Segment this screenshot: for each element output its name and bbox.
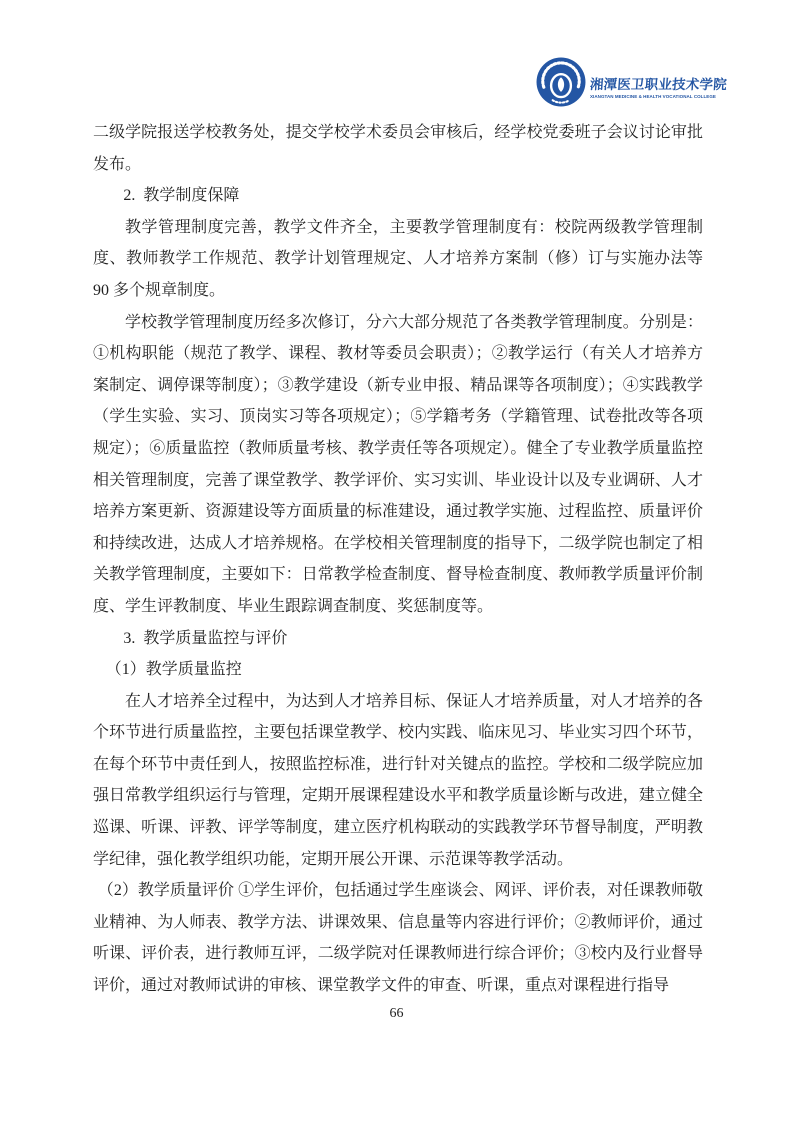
paragraph-heading: 3. 教学质量监控与评价: [93, 623, 703, 655]
college-name-block: 湘潭医卫职业技术学院 XIANGTAN MEDICINE & HEALTH VO…: [590, 61, 793, 104]
college-name-english: XIANGTAN MEDICINE & HEALTH VOCATIONAL CO…: [590, 94, 793, 99]
paragraph-body: （2）教学质量评价 ①学生评价，包括通过学生座谈会、网评、评价表，对任课教师敬业…: [93, 875, 703, 1001]
paragraph-heading: 2. 教学制度保障: [93, 180, 703, 212]
college-name-chinese: 湘潭医卫职业技术学院: [589, 73, 793, 93]
page-number: 66: [390, 1006, 404, 1021]
paragraph-body: 二级学院报送学校教务处，提交学校学术委员会审核后，经学校党委班子会议讨论审批发布…: [93, 117, 703, 180]
college-seal-icon: [536, 57, 586, 107]
paragraph-body: 在人才培养全过程中，为达到人才培养目标、保证人才培养质量，对人才培养的各个环节进…: [93, 686, 703, 876]
college-logo: 湘潭医卫职业技术学院 XIANGTAN MEDICINE & HEALTH VO…: [536, 57, 793, 107]
paragraph-heading: （1）教学质量监控: [93, 654, 703, 686]
document-page: 湘潭医卫职业技术学院 XIANGTAN MEDICINE & HEALTH VO…: [0, 0, 793, 1122]
paragraph-body: 学校教学管理制度历经多次修订，分六大部分规范了各类教学管理制度。分别是：①机构职…: [93, 307, 703, 623]
paragraph-body: 教学管理制度完善，教学文件齐全，主要教学管理制度有：校院两级教学管理制度、教师教…: [93, 212, 703, 307]
page-footer: 66: [0, 1006, 793, 1022]
document-body: 二级学院报送学校教务处，提交学校学术委员会审核后，经学校党委班子会议讨论审批发布…: [93, 117, 703, 1002]
